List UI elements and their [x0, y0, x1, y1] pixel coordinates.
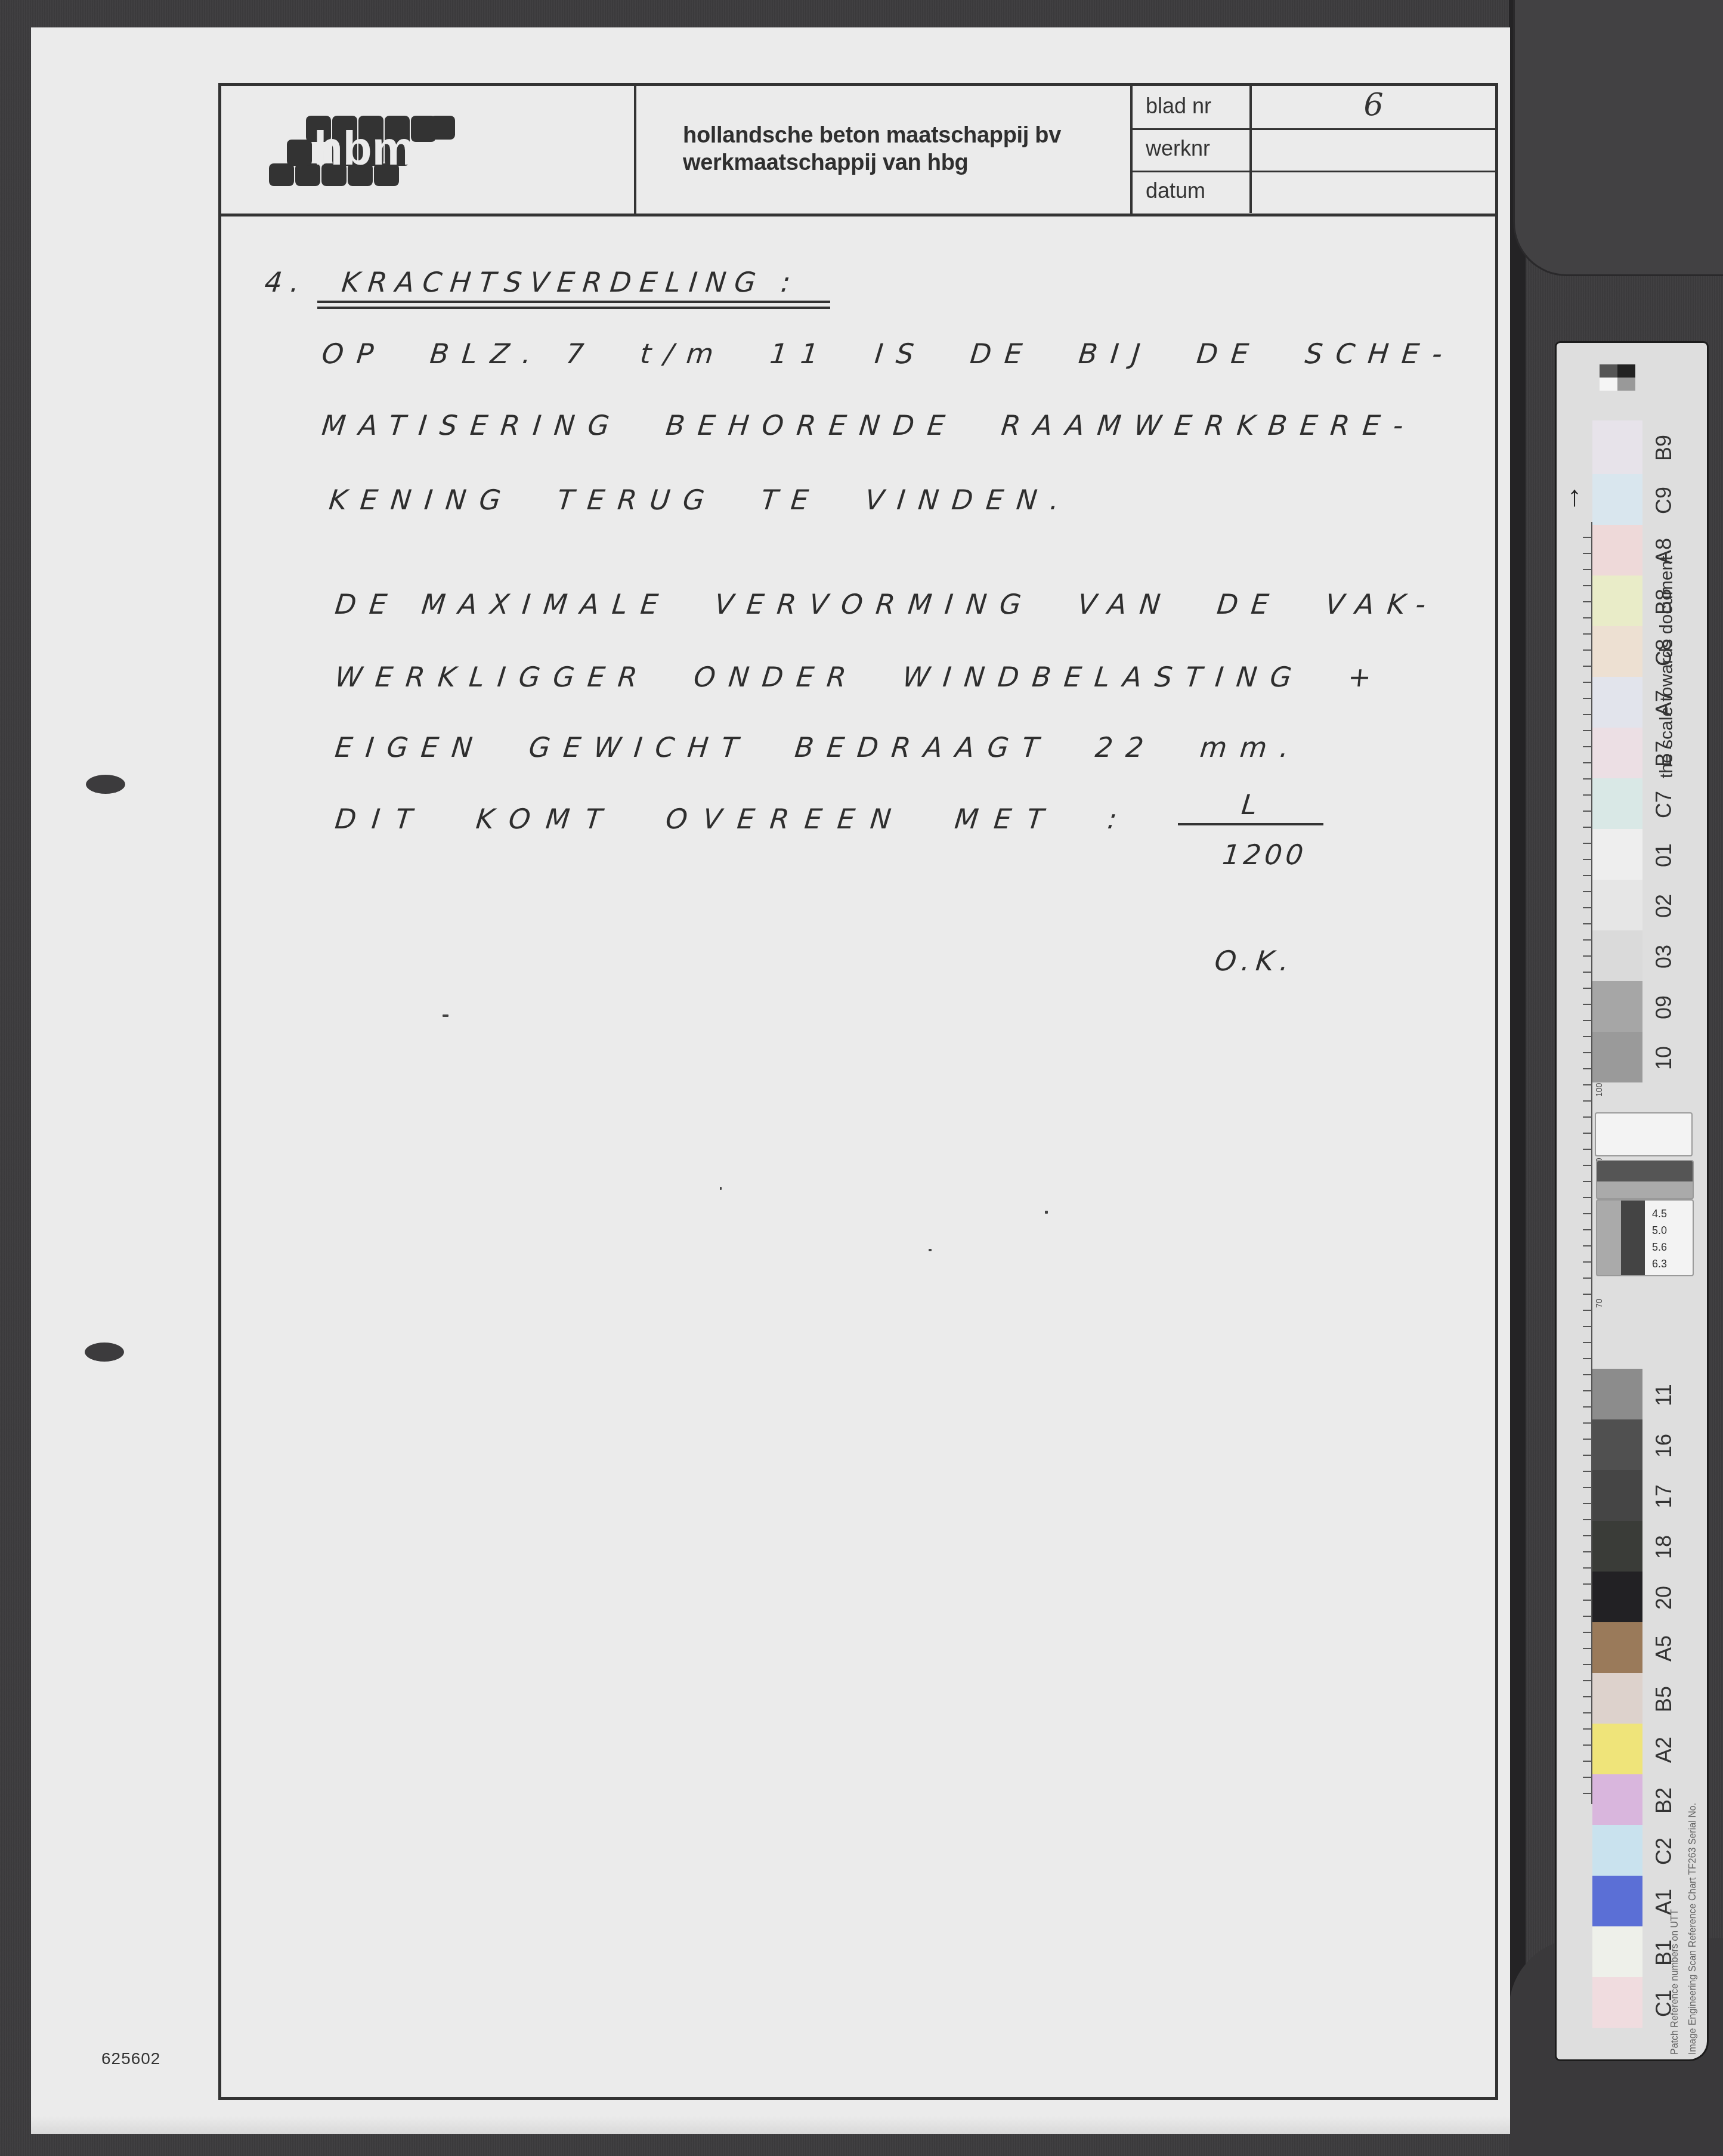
gray-reference-card: [1596, 1160, 1694, 1199]
patch-label: C2: [1651, 1833, 1676, 1869]
color-patch-b5: [1592, 1673, 1642, 1724]
paragraph1-line2: MATISERING BEHORENDE RAAMWERKBERE-: [320, 409, 1418, 441]
patch-label: B5: [1651, 1681, 1676, 1717]
color-patch-b2: [1592, 1774, 1642, 1825]
color-patch-11: [1592, 1369, 1642, 1419]
color-patch-c1: [1592, 1977, 1642, 2028]
color-patch-17: [1592, 1470, 1642, 1521]
form-code: 625602: [101, 2049, 160, 2068]
meta-value[interactable]: [1252, 171, 1495, 213]
resolution-target-bottom: [1596, 1199, 1694, 1276]
punch-hole-bottom: [85, 1343, 124, 1362]
folder-spine: [1509, 0, 1526, 2156]
speck: [1045, 1211, 1048, 1214]
meta-value[interactable]: 6: [1252, 86, 1495, 128]
color-patch-b1: [1592, 1926, 1642, 1977]
color-patch-a8: [1592, 525, 1642, 576]
patch-label: A2: [1651, 1732, 1676, 1768]
company-name-cell: hollandsche beton maatschappij bv werkma…: [636, 86, 1133, 214]
meta-row-blad-nr: blad nr 6: [1133, 86, 1495, 130]
color-patch-a2: [1592, 1724, 1642, 1774]
patch-label: 11: [1651, 1377, 1676, 1413]
company-name-line1: hollandsche beton maatschappij bv: [683, 123, 1061, 149]
patch-label: A8: [1651, 533, 1676, 569]
meta-label: blad nr: [1133, 86, 1252, 128]
resolution-label: 5.0: [1652, 1224, 1667, 1237]
patch-label: 20: [1651, 1580, 1676, 1616]
calibration-strip: the scale towards document ↑ 18017016015…: [1557, 343, 1707, 2059]
approval-note: O.K.: [1213, 945, 1296, 977]
patch-label: 01: [1651, 837, 1676, 873]
strip-footer-1: Patch Reference numbers on UTT: [1670, 1909, 1681, 2055]
ruler: 1801701601501401301201101009080706050403…: [1567, 522, 1592, 1804]
color-patch-02: [1592, 880, 1642, 930]
section-heading: 4. KRACHTSVERDELING :: [263, 266, 800, 298]
patch-label: 10: [1651, 1040, 1676, 1076]
color-patch-b9: [1592, 420, 1642, 474]
speck: [929, 1249, 932, 1251]
gray-square-white: [1600, 378, 1617, 391]
meta-label: datum: [1133, 171, 1252, 213]
logo-cell: hbm: [221, 86, 636, 214]
resolution-label: 6.3: [1652, 1258, 1667, 1270]
patch-label: 17: [1651, 1478, 1676, 1514]
patch-label: C9: [1651, 482, 1676, 518]
svg-text:hbm: hbm: [314, 122, 414, 175]
ruler-label: 100: [1594, 1083, 1604, 1097]
color-patch-b7: [1592, 728, 1642, 778]
resolution-label: 5.6: [1652, 1241, 1667, 1254]
paragraph2-line4: DIT KOMT OVEREEN MET :: [333, 803, 1134, 835]
strip-footer-2: Image Engineering Scan Reference Chart T…: [1688, 1803, 1699, 2055]
color-patch-b8: [1592, 576, 1642, 626]
color-patch-c8: [1592, 626, 1642, 677]
form-header: hbm hollandsche beton maatschappij bv we…: [221, 86, 1495, 216]
patch-label: A7: [1651, 685, 1676, 721]
patch-label: 03: [1651, 939, 1676, 975]
arrow-up-icon: ↑: [1567, 480, 1582, 513]
fraction-numerator: L: [1240, 788, 1267, 821]
fraction-line: [1178, 823, 1323, 825]
patch-label: B7: [1651, 736, 1676, 772]
fraction-denominator: 1200: [1221, 839, 1309, 871]
folder-flap: [1513, 0, 1723, 276]
form-frame: hbm hollandsche beton maatschappij bv we…: [218, 83, 1498, 2100]
paragraph1-line3: KENING TERUG TE VINDEN.: [327, 484, 1074, 516]
patch-label: B2: [1651, 1783, 1676, 1818]
meta-row-datum: datum: [1133, 171, 1495, 213]
color-patch-a7: [1592, 677, 1642, 728]
speck: [443, 1014, 448, 1017]
color-patch-c9: [1592, 474, 1642, 525]
patch-label: B9: [1651, 430, 1676, 466]
patch-label: A5: [1651, 1631, 1676, 1666]
heading-underline: [317, 301, 830, 303]
patch-label: B8: [1651, 584, 1676, 620]
color-patch-03: [1592, 930, 1642, 981]
color-patch-01: [1592, 829, 1642, 880]
speck: [720, 1187, 722, 1190]
paragraph1-line1: OP BLZ. 7 t/m 11 IS DE BIJ DE SCHE-: [320, 338, 1457, 370]
meta-row-werknr: werknr: [1133, 128, 1495, 172]
color-patch-a5: [1592, 1622, 1642, 1673]
color-patch-c7: [1592, 778, 1642, 829]
patch-label: 16: [1651, 1428, 1676, 1464]
resolution-target-top: [1595, 1112, 1693, 1156]
meta-fields: blad nr 6 werknr datum: [1133, 86, 1495, 214]
company-name-line2: werkmaatschappij van hbg: [683, 150, 969, 176]
patch-label: C7: [1651, 787, 1676, 822]
color-patch-10: [1592, 1032, 1642, 1082]
patch-label: C8: [1651, 635, 1676, 670]
meta-label: werknr: [1133, 128, 1252, 171]
patch-label: 18: [1651, 1529, 1676, 1565]
gray-square-dark: [1600, 364, 1617, 378]
gray-square-mid: [1617, 378, 1635, 391]
gray-square-black: [1617, 364, 1635, 378]
document-page: hbm hollandsche beton maatschappij bv we…: [31, 27, 1510, 2134]
ruler-label: 70: [1594, 1298, 1604, 1308]
color-patch-18: [1592, 1521, 1642, 1572]
patch-label: 02: [1651, 888, 1676, 924]
paragraph2-line1: DE MAXIMALE VERVORMING VAN DE VAK-: [333, 588, 1440, 620]
color-patch-a1: [1592, 1876, 1642, 1926]
resolution-label: 4.5: [1652, 1208, 1667, 1220]
patch-label: 09: [1651, 989, 1676, 1025]
paragraph2-line2: WERKLIGGER ONDER WINDBELASTING +: [333, 661, 1386, 693]
color-patch-16: [1592, 1419, 1642, 1470]
punch-hole-top: [86, 775, 125, 794]
color-patch-c2: [1592, 1825, 1642, 1876]
hbm-logo-icon: hbm: [269, 116, 466, 188]
color-patch-20: [1592, 1572, 1642, 1622]
paragraph2-line3: EIGEN GEWICHT BEDRAAGT 22 mm.: [333, 731, 1303, 763]
color-patch-09: [1592, 981, 1642, 1032]
heading-underline: [317, 307, 830, 309]
meta-value[interactable]: [1252, 128, 1495, 171]
